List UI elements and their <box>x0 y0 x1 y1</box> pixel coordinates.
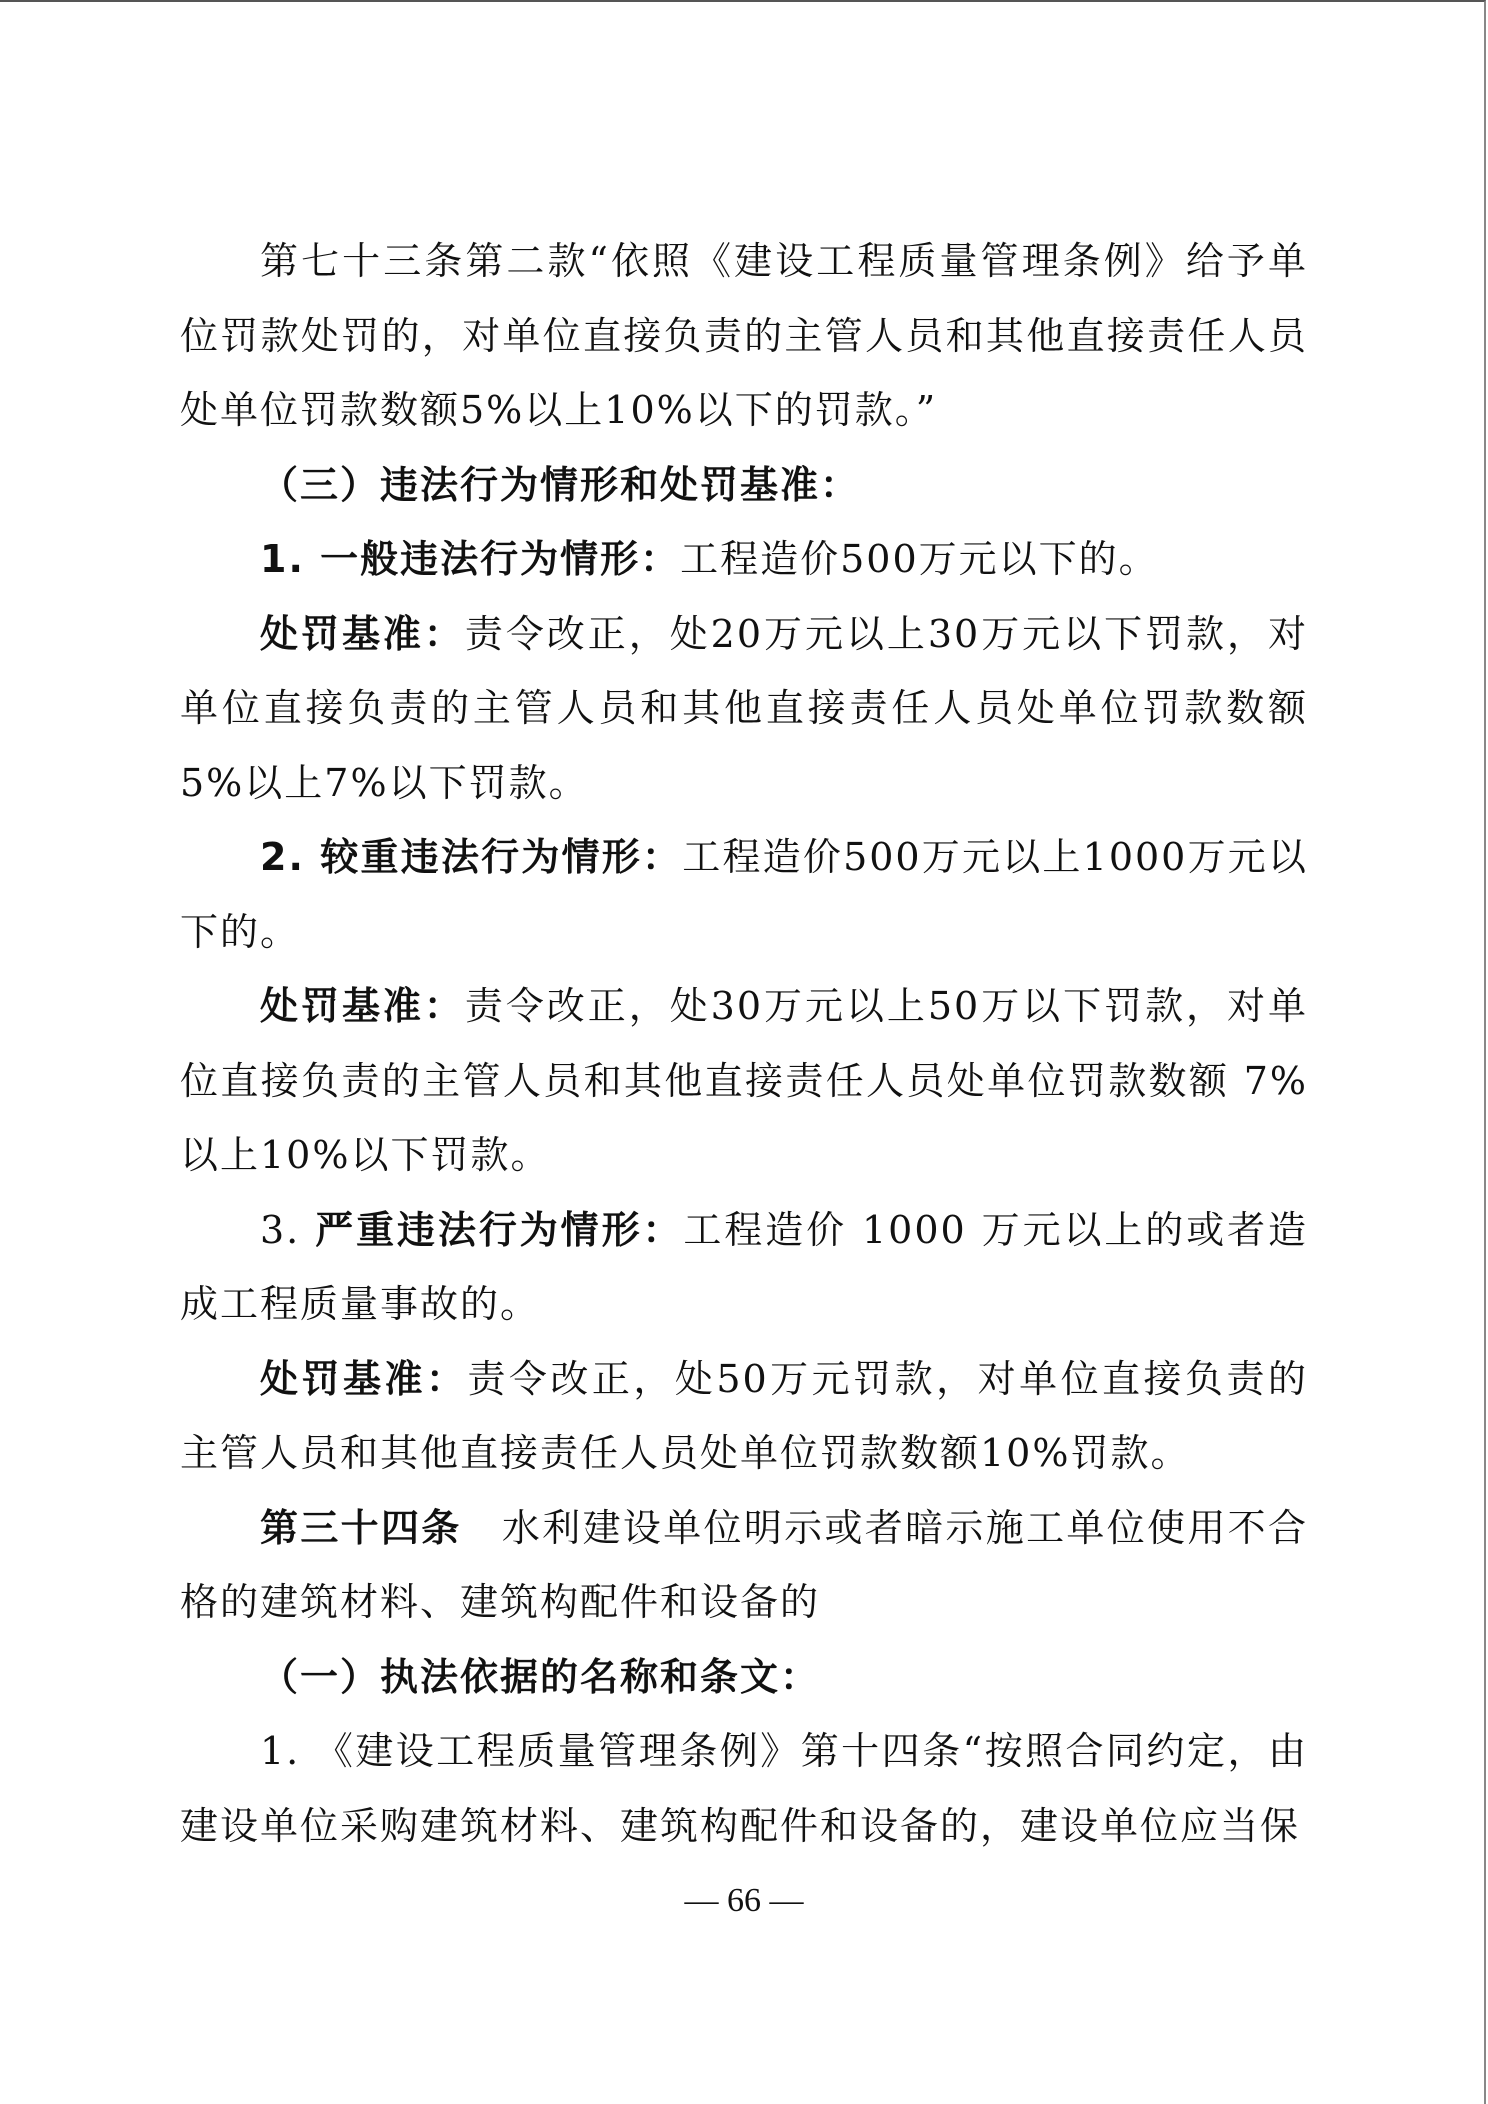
label-serious-violation: 2. 较重违法行为情形： <box>260 835 682 879</box>
paragraph-penalty-standard-general: 处罚基准：责令改正，处20万元以上30万元以下罚款，对单位直接负责的主管人员和其… <box>180 597 1308 821</box>
heading-text: （三）违法行为情形和处罚基准： <box>260 463 860 507</box>
label-penalty-standard: 处罚基准： <box>260 984 465 1028</box>
paragraph-general-violation: 1. 一般违法行为情形：工程造价500万元以下的。 <box>180 522 1308 597</box>
paragraph-article-73-clause-2: 第七十三条第二款“依照《建设工程质量管理条例》给予单位罚款处罚的，对单位直接负责… <box>180 224 1308 448</box>
paragraph-text: 1. 《建设工程质量管理条例》第十四条“按照合同约定，由建设单位采购建筑材料、建… <box>180 1729 1308 1848</box>
item-number: 3. <box>260 1208 315 1252</box>
label-severe-violation: 严重违法行为情形： <box>315 1208 683 1252</box>
paragraph-severe-violation: 3. 严重违法行为情形：工程造价 1000 万元以上的或者造成工程质量事故的。 <box>180 1193 1308 1342</box>
page-number: — 66 — <box>0 1882 1488 1920</box>
paragraph-text: 第七十三条第二款“依照《建设工程质量管理条例》给予单位罚款处罚的，对单位直接负责… <box>180 239 1308 432</box>
paragraph-legal-basis-item-1: 1. 《建设工程质量管理条例》第十四条“按照合同约定，由建设单位采购建筑材料、建… <box>180 1714 1308 1863</box>
article-title: 第三十四条 <box>260 1506 462 1550</box>
label-general-violation: 1. 一般违法行为情形： <box>260 537 680 581</box>
paragraph-article-34: 第三十四条 水利建设单位明示或者暗示施工单位使用不合格的建筑材料、建筑构配件和设… <box>180 1491 1308 1640</box>
label-penalty-standard: 处罚基准： <box>260 1357 467 1401</box>
paragraph-penalty-standard-serious: 处罚基准：责令改正，处30万元以上50万以下罚款，对单位直接负责的主管人员和其他… <box>180 969 1308 1193</box>
document-body: 第七十三条第二款“依照《建设工程质量管理条例》给予单位罚款处罚的，对单位直接负责… <box>180 224 1308 1863</box>
paragraph-text: 工程造价500万元以下的。 <box>680 537 1159 581</box>
label-penalty-standard: 处罚基准： <box>260 612 465 656</box>
heading-text: （一）执法依据的名称和条文： <box>260 1655 820 1699</box>
paragraph-serious-violation: 2. 较重违法行为情形：工程造价500万元以上1000万元以下的。 <box>180 820 1308 969</box>
paragraph-penalty-standard-severe: 处罚基准：责令改正，处50万元罚款，对单位直接负责的主管人员和其他直接责任人员处… <box>180 1342 1308 1491</box>
document-page: 第七十三条第二款“依照《建设工程质量管理条例》给予单位罚款处罚的，对单位直接负责… <box>0 0 1486 2104</box>
section-heading-violation-standards: （三）违法行为情形和处罚基准： <box>180 448 1308 523</box>
section-heading-legal-basis: （一）执法依据的名称和条文： <box>180 1640 1308 1715</box>
